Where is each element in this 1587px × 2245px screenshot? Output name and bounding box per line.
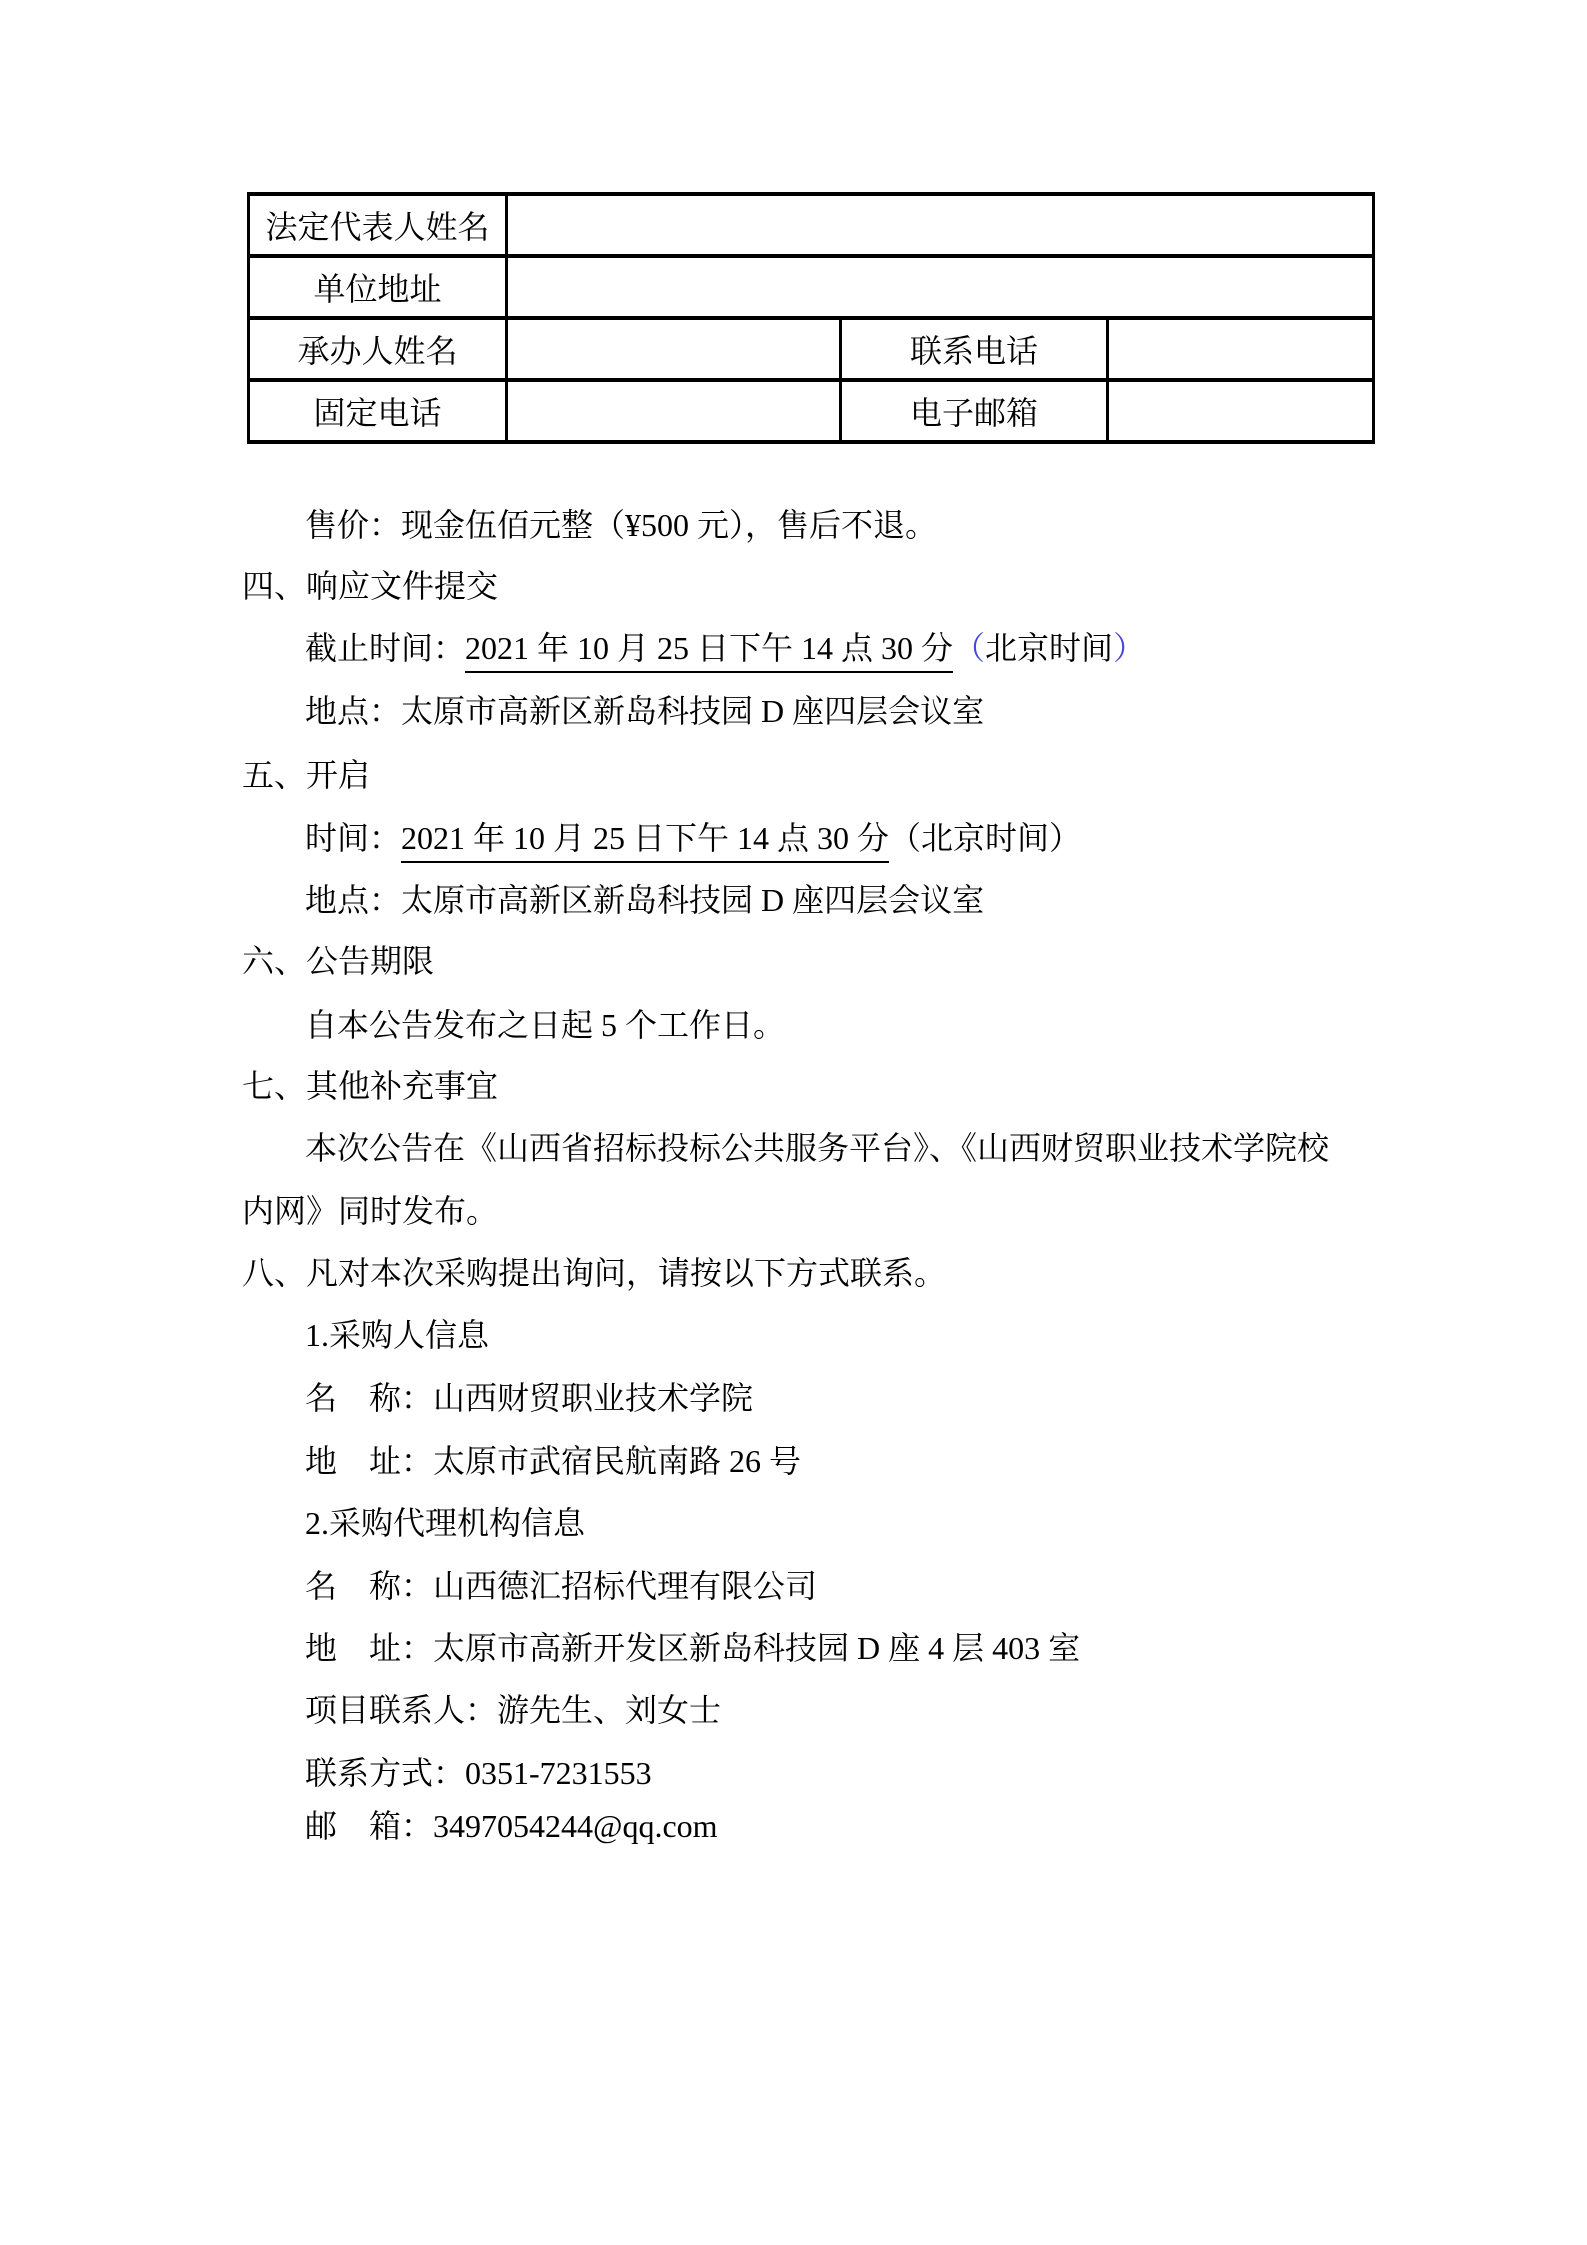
opening-time-timezone: （北京时间） bbox=[889, 820, 1081, 856]
section-8-heading: 八、凡对本次采购提出询问，请按以下方式联系。 bbox=[242, 1251, 946, 1295]
deadline-paren-open: （ bbox=[953, 630, 985, 666]
section-4-heading: 四、响应文件提交 bbox=[242, 564, 498, 608]
price-line: 售价：现金伍佰元整（¥500 元），售后不退。 bbox=[305, 503, 937, 547]
table-row: 单位地址 bbox=[249, 256, 1374, 318]
legal-rep-name-value bbox=[507, 194, 1374, 256]
agency-name-line: 名 称：山西德汇招标代理有限公司 bbox=[305, 1564, 817, 1608]
unit-address-value bbox=[507, 256, 1374, 318]
contact-phone-label: 联系电话 bbox=[841, 318, 1108, 380]
email-value bbox=[1108, 380, 1374, 442]
purchaser-name-line: 名 称：山西财贸职业技术学院 bbox=[305, 1376, 753, 1420]
section-6-heading: 六、公告期限 bbox=[242, 939, 434, 983]
agency-info-title: 2.采购代理机构信息 bbox=[305, 1501, 585, 1545]
registration-table: 法定代表人姓名 单位地址 承办人姓名 联系电话 固定电话 电子邮箱 bbox=[247, 192, 1375, 444]
announcement-period-line: 自本公告发布之日起 5 个工作日。 bbox=[305, 1003, 785, 1047]
document-page: 法定代表人姓名 单位地址 承办人姓名 联系电话 固定电话 电子邮箱 售价：现金伍… bbox=[0, 0, 1587, 2245]
project-contact-line: 项目联系人：游先生、刘女士 bbox=[305, 1688, 721, 1732]
unit-address-label: 单位地址 bbox=[249, 256, 507, 318]
handler-name-value bbox=[507, 318, 841, 380]
landline-value bbox=[507, 380, 841, 442]
deadline-label: 截止时间： bbox=[305, 630, 465, 666]
publish-line-1: 本次公告在《山西省招标投标公共服务平台》、《山西财贸职业技术学院校 bbox=[305, 1126, 1329, 1170]
opening-time-value-underlined: 2021 年 10 月 25 日下午 14 点 30 分 bbox=[401, 820, 889, 863]
landline-label: 固定电话 bbox=[249, 380, 507, 442]
contact-email-line: 邮 箱：3497054244@qq.com bbox=[305, 1804, 718, 1848]
table-row: 固定电话 电子邮箱 bbox=[249, 380, 1374, 442]
contact-phone-line: 联系方式：0351-7231553 bbox=[305, 1751, 652, 1795]
email-label: 电子邮箱 bbox=[841, 380, 1108, 442]
publish-line-2: 内网》同时发布。 bbox=[242, 1189, 498, 1233]
deadline-paren-close: ） bbox=[1113, 630, 1145, 666]
agency-address-line: 地 址：太原市高新开发区新岛科技园 D 座 4 层 403 室 bbox=[305, 1626, 1080, 1670]
deadline-value-underlined: 2021 年 10 月 25 日下午 14 点 30 分 bbox=[465, 630, 953, 673]
handler-name-label: 承办人姓名 bbox=[249, 318, 507, 380]
opening-time-label: 时间： bbox=[305, 820, 401, 856]
purchaser-address-line: 地 址：太原市武宿民航南路 26 号 bbox=[305, 1439, 801, 1483]
opening-location-line: 地点：太原市高新区新岛科技园 D 座四层会议室 bbox=[305, 878, 984, 922]
deadline-line: 截止时间：2021 年 10 月 25 日下午 14 点 30 分（北京时间） bbox=[305, 626, 1145, 670]
deadline-timezone: 北京时间 bbox=[985, 630, 1113, 666]
submission-location-line: 地点：太原市高新区新岛科技园 D 座四层会议室 bbox=[305, 689, 984, 733]
purchaser-info-title: 1.采购人信息 bbox=[305, 1313, 489, 1357]
opening-time-line: 时间：2021 年 10 月 25 日下午 14 点 30 分（北京时间） bbox=[305, 816, 1081, 860]
legal-rep-name-label: 法定代表人姓名 bbox=[249, 194, 507, 256]
section-5-heading: 五、开启 bbox=[242, 753, 370, 797]
contact-phone-value bbox=[1108, 318, 1374, 380]
section-7-heading: 七、其他补充事宜 bbox=[242, 1064, 498, 1108]
table-row: 承办人姓名 联系电话 bbox=[249, 318, 1374, 380]
table-row: 法定代表人姓名 bbox=[249, 194, 1374, 256]
